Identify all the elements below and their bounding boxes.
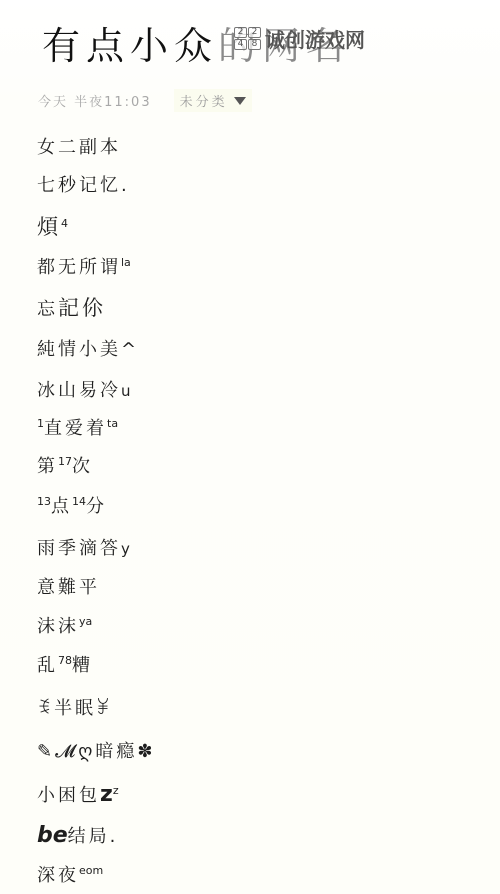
item-text: 七秒记忆. — [37, 175, 130, 196]
superscript-text: la — [121, 256, 131, 269]
list-item[interactable]: 深夜eom — [37, 865, 103, 887]
list-item[interactable]: 都无所谓la — [37, 257, 131, 279]
superscript-text: 13 — [37, 495, 51, 508]
list-item[interactable]: 煩4 — [37, 216, 68, 240]
superscript-text: 4 — [61, 217, 68, 230]
name-list: 女二副本七秒记忆.煩4都无所谓la忘記伱純情小美^冰山易冷u1直爱着ta第17次… — [0, 0, 500, 894]
item-text: 記伱 — [58, 296, 106, 320]
superscript-text: ta — [107, 417, 118, 430]
list-item[interactable]: 乱78糟 — [37, 655, 93, 677]
item-text: y — [121, 540, 130, 558]
item-text: 分 — [86, 496, 107, 517]
list-item[interactable]: 七秒记忆. — [37, 175, 130, 197]
item-text: 点 — [51, 496, 72, 517]
superscript-text: 14 — [72, 495, 86, 508]
item-text: u — [121, 382, 131, 400]
list-item[interactable]: 冰山易冷u — [37, 380, 131, 402]
item-text: be — [37, 823, 68, 848]
item-text: 煩 — [37, 215, 61, 239]
superscript-text: ya — [79, 615, 92, 628]
list-item[interactable]: 13点14分 — [37, 496, 107, 518]
item-text: 深夜 — [37, 865, 79, 886]
item-text: 小困包 — [37, 785, 100, 806]
list-item[interactable]: ꉂ半眠ꉃ — [37, 698, 113, 720]
item-text: ✎𝓜ღ暗瘾✽ — [37, 741, 155, 762]
item-text: 结局. — [68, 826, 119, 847]
superscript-text: 1 — [37, 417, 44, 430]
list-item[interactable]: 純情小美^ — [37, 339, 139, 361]
item-text: 糟 — [72, 655, 93, 676]
item-text: z — [100, 782, 113, 807]
item-text: 冰山易冷 — [37, 380, 121, 401]
superscript-text: 17 — [58, 455, 72, 468]
item-text: 雨季滴答 — [37, 538, 121, 559]
item-text: ꉂ半眠ꉃ — [37, 698, 113, 719]
list-item[interactable]: 女二副本 — [37, 137, 121, 159]
list-item[interactable]: 忘記伱 — [37, 297, 106, 321]
item-text: 意難平 — [37, 577, 100, 598]
item-text: 第 — [37, 456, 58, 477]
list-item[interactable]: 雨季滴答y — [37, 538, 130, 560]
list-item[interactable]: 第17次 — [37, 456, 93, 478]
item-text: 直爱着 — [44, 418, 107, 439]
item-text: 沫沫 — [37, 616, 79, 637]
superscript-text: z — [113, 784, 119, 797]
list-item[interactable]: 小困包zz — [37, 784, 119, 807]
item-text: 純情小美^ — [37, 339, 139, 360]
list-item[interactable]: 1直爱着ta — [37, 418, 118, 440]
item-text: 次 — [72, 456, 93, 477]
list-item[interactable]: ✎𝓜ღ暗瘾✽ — [37, 741, 155, 763]
item-text: 都无所谓 — [37, 257, 121, 278]
item-text: 女二副本 — [37, 137, 121, 158]
item-text: 忘 — [37, 299, 58, 320]
superscript-text: 78 — [58, 654, 72, 667]
note-page: 有点小众的网名 2 2 4 8 诚创游戏网 今天 半夜11:03 未分类 女二副… — [0, 0, 500, 894]
item-text: 乱 — [37, 655, 58, 676]
superscript-text: eom — [79, 864, 103, 877]
list-item[interactable]: 意難平 — [37, 577, 100, 599]
list-item[interactable]: 沫沫ya — [37, 616, 92, 638]
list-item[interactable]: be结局. — [37, 825, 118, 848]
